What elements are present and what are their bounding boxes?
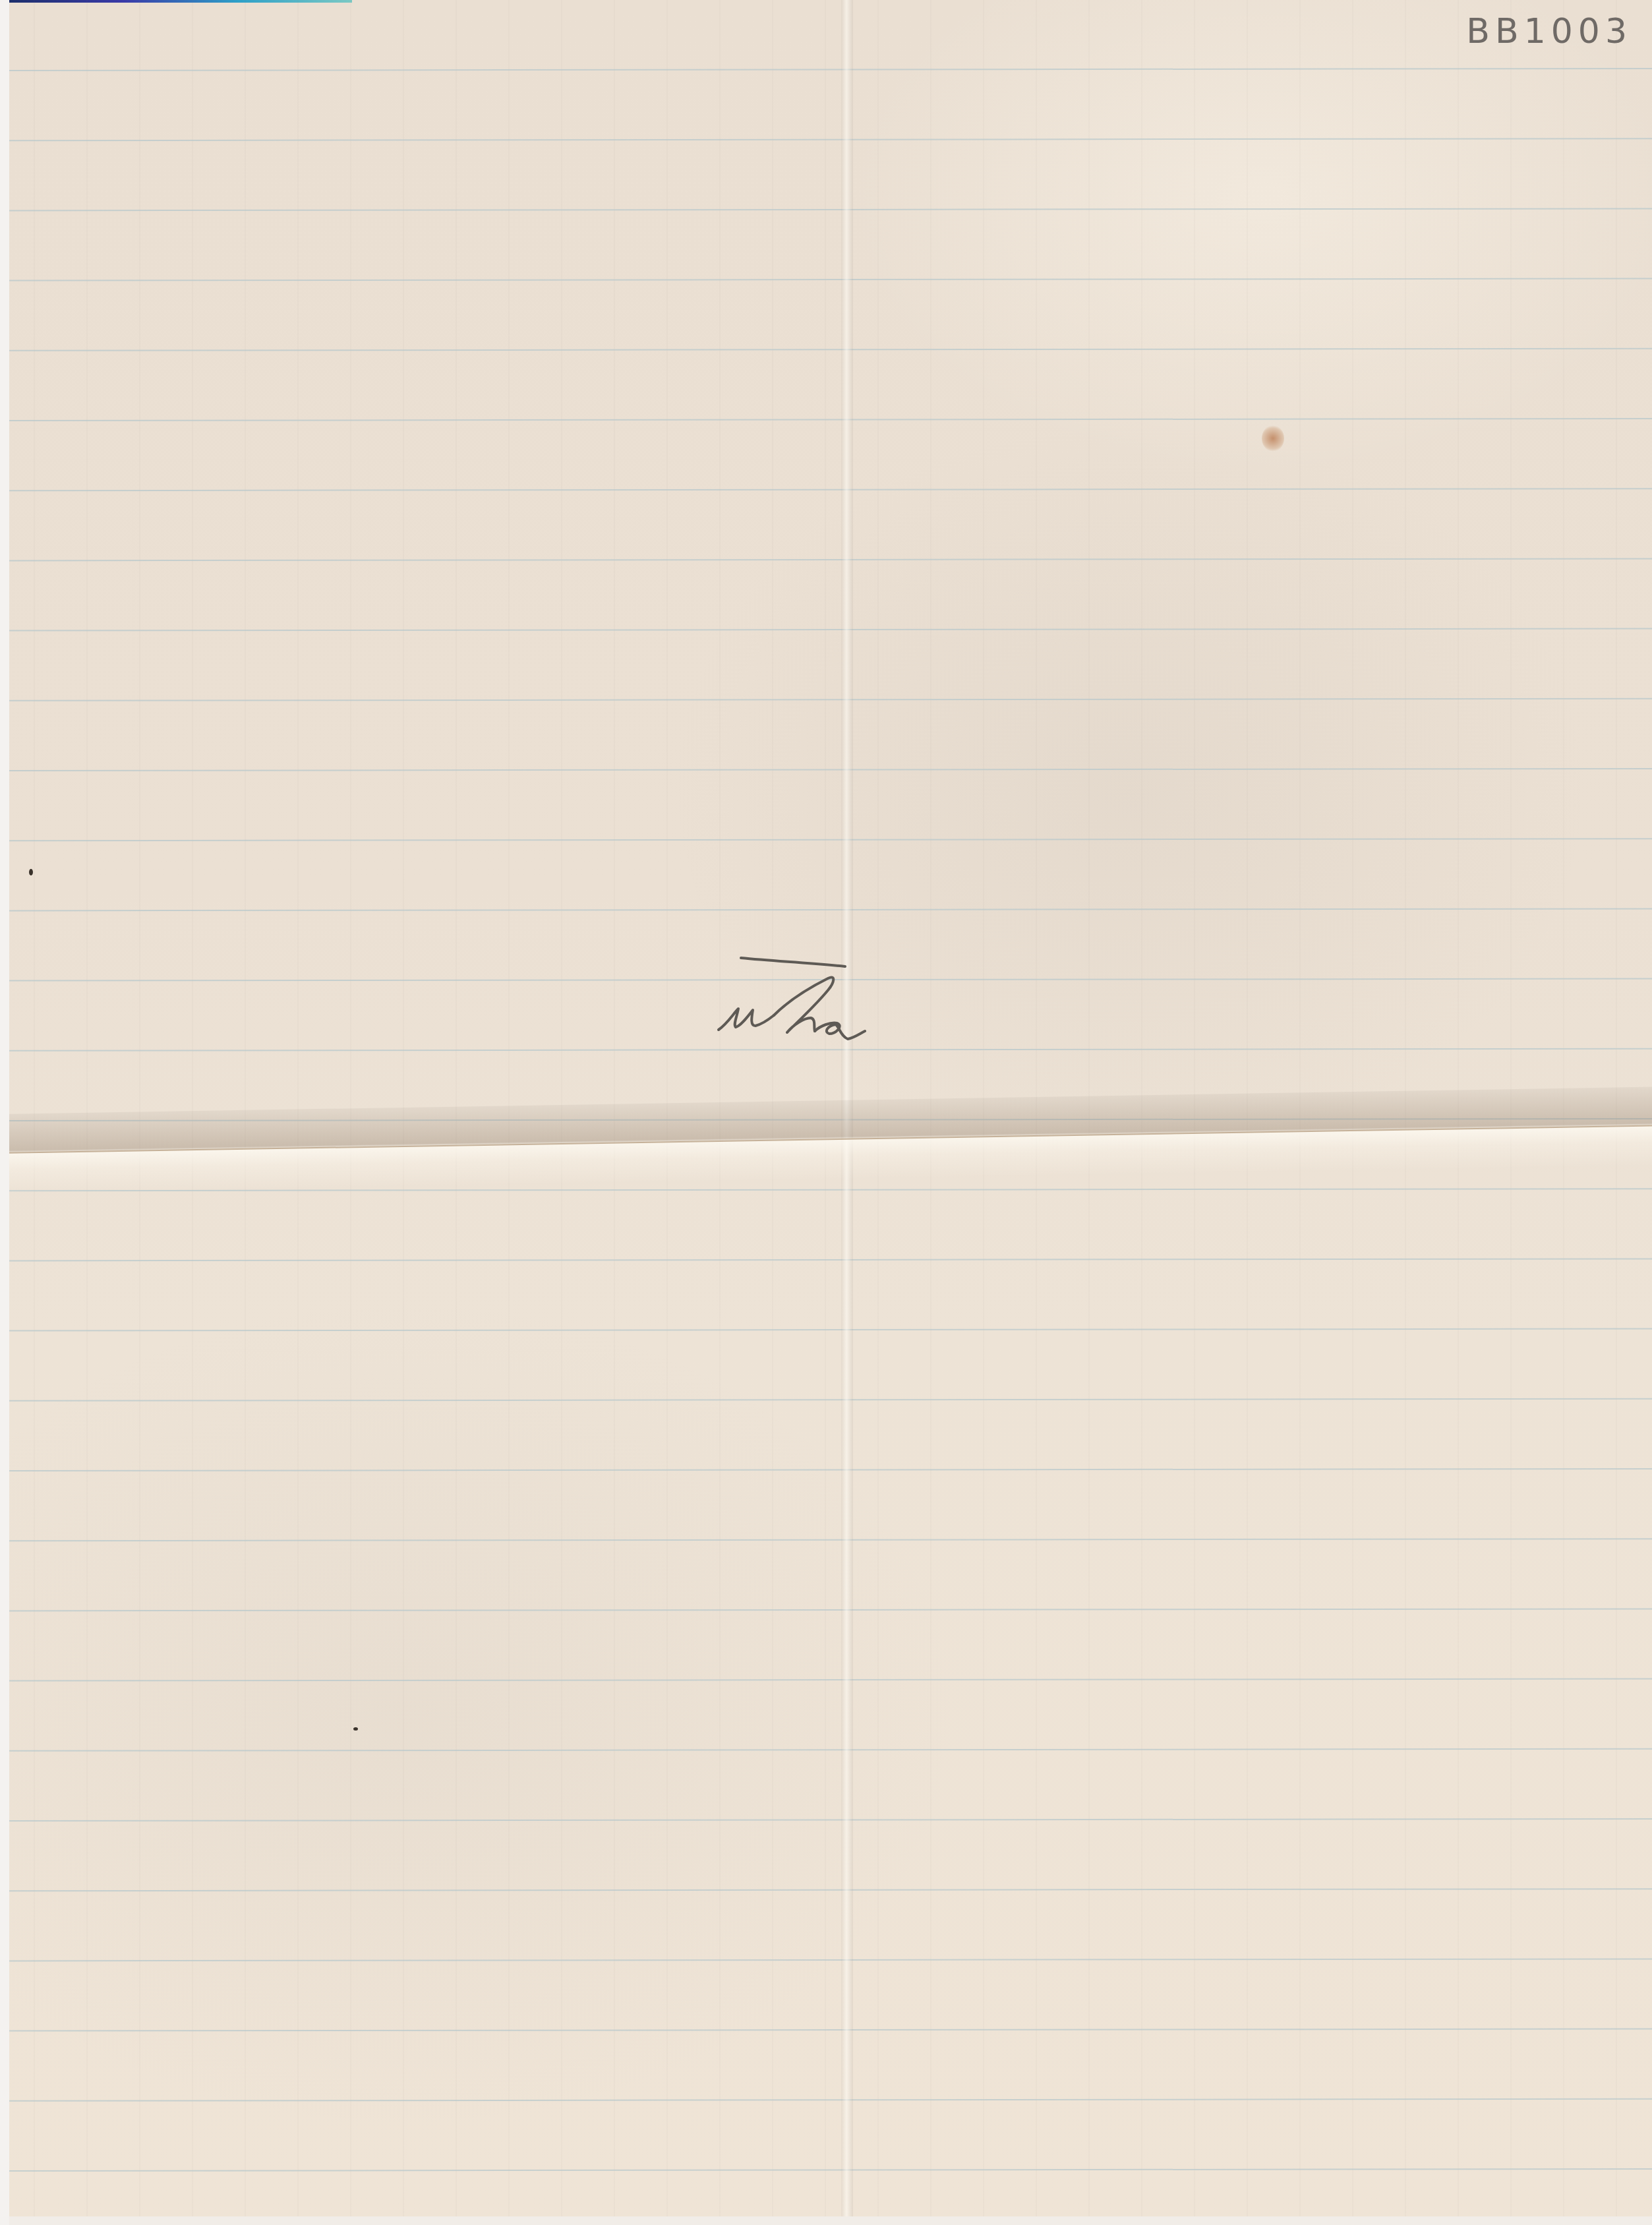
scan-margin-left <box>0 0 9 2225</box>
paper-sheet: BB1003 ūha <box>9 0 1652 2216</box>
stain-spot <box>1262 425 1284 452</box>
ink-speck <box>29 869 33 875</box>
handwritten-word: ūha <box>675 936 873 1048</box>
scan-edge-artifact <box>9 0 352 3</box>
handwriting-strokes <box>675 936 873 1048</box>
archive-id: BB1003 <box>1466 12 1632 51</box>
handwritten-word-text: ūha <box>675 936 676 937</box>
ink-speck <box>353 1727 358 1731</box>
